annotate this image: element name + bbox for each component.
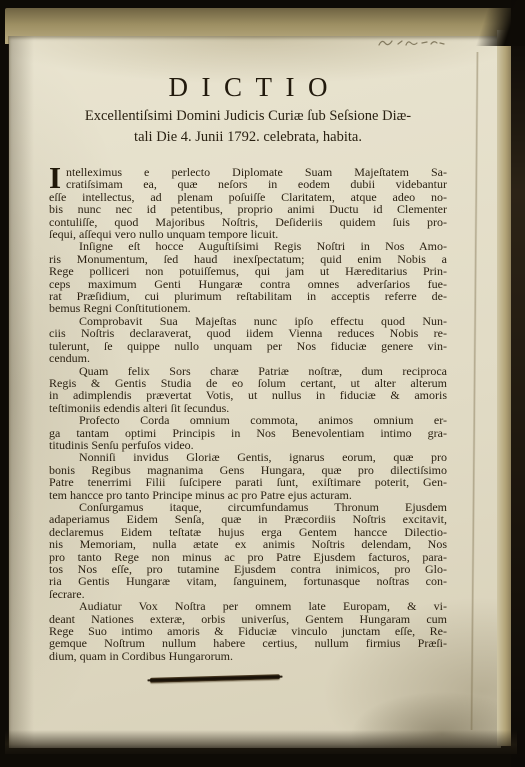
end-rule (150, 674, 280, 683)
page-gutter-shadow (8, 36, 34, 748)
text-line: cendum. (49, 352, 447, 364)
paragraph: Comprobavit Sua Majeſtas nunc ipſo effec… (49, 315, 447, 365)
page-edge-stack (497, 30, 511, 746)
text-line: in adimplendis prævertat Votis, ut nullu… (49, 389, 447, 401)
paragraph: Audiatur Vox Noſtra per omnem late Europ… (49, 600, 447, 662)
text-line: Inſigne eſt hocce Auguſtiſsimi Regis Noſ… (49, 240, 447, 252)
text-line: ciis Noſtris declaraverat, quod iidem Vi… (49, 327, 447, 339)
text-line: gemque Noſtrum nullum habere certius, nu… (49, 637, 447, 649)
text-line: nis Memoriam, nulla ætate ex animis Noſt… (49, 538, 447, 550)
photo-frame: DICTIO Excellentiſsimi Domini Judicis Cu… (0, 0, 525, 767)
paragraph: Quam felix Sors charæ Patriæ noſtræ, dum… (49, 365, 447, 415)
text-line: tulerunt, ſe quippe nullo unquam per Nos… (49, 340, 447, 352)
text-line: bemus Regni Conſtitutionem. (49, 302, 447, 314)
paragraph: Conſurgamus itaque, circumfundamus Thron… (49, 501, 447, 600)
paragraph: Intelleximus e perlecto Diplomate Suam M… (49, 166, 447, 240)
bottom-page-shadow (5, 730, 517, 754)
printed-page-content: DICTIO Excellentiſsimi Domini Judicis Cu… (49, 0, 447, 767)
text-line: Audiatur Vox Noſtra per omnem late Europ… (49, 600, 447, 612)
drop-cap: I (49, 165, 61, 191)
text-line: Nonniſi invidus Gloriæ Gentis, ignarus e… (49, 451, 447, 463)
paragraph: Profecto Corda omnium commota, animos om… (49, 414, 447, 451)
text-line: Rege polliceri non potuiſſemus, qui jam … (49, 265, 447, 277)
text-line: adaperiamus Eidem Senſa, quæ in Præcordi… (49, 513, 447, 525)
text-line: cratiſsimam ea, quæ neſors in eodem dubi… (49, 178, 447, 190)
text-block: Intelleximus e perlecto Diplomate Suam M… (49, 166, 447, 662)
page-title: DICTIO (49, 72, 447, 103)
binding-shadow (511, 0, 525, 767)
corner-shadow (445, 0, 525, 46)
text-line: bis nunc nec id petentibus, proprio anim… (49, 203, 447, 215)
subtitle-line-1: Excellentiſsimi Domini Judicis Curiæ ſub… (49, 106, 447, 127)
subtitle-line-2: tali Die 4. Junii 1792. celebrata, habit… (49, 127, 447, 148)
paragraph: Nonniſi invidus Gloriæ Gentis, ignarus e… (49, 451, 447, 501)
subtitle: Excellentiſsimi Domini Judicis Curiæ ſub… (49, 106, 447, 148)
text-line: Profecto Corda omnium commota, animos om… (49, 414, 447, 426)
paragraph: Inſigne eſt hocce Auguſtiſsimi Regis Noſ… (49, 240, 447, 314)
text-line: Patre tenerrimi Filii ſuſcipere parati ſ… (49, 476, 447, 488)
text-line: ria Gentis Hungaræ vitam, ſanguinem, for… (49, 575, 447, 587)
text-line: dium, quam in Cordibus Hungarorum. (49, 650, 447, 662)
